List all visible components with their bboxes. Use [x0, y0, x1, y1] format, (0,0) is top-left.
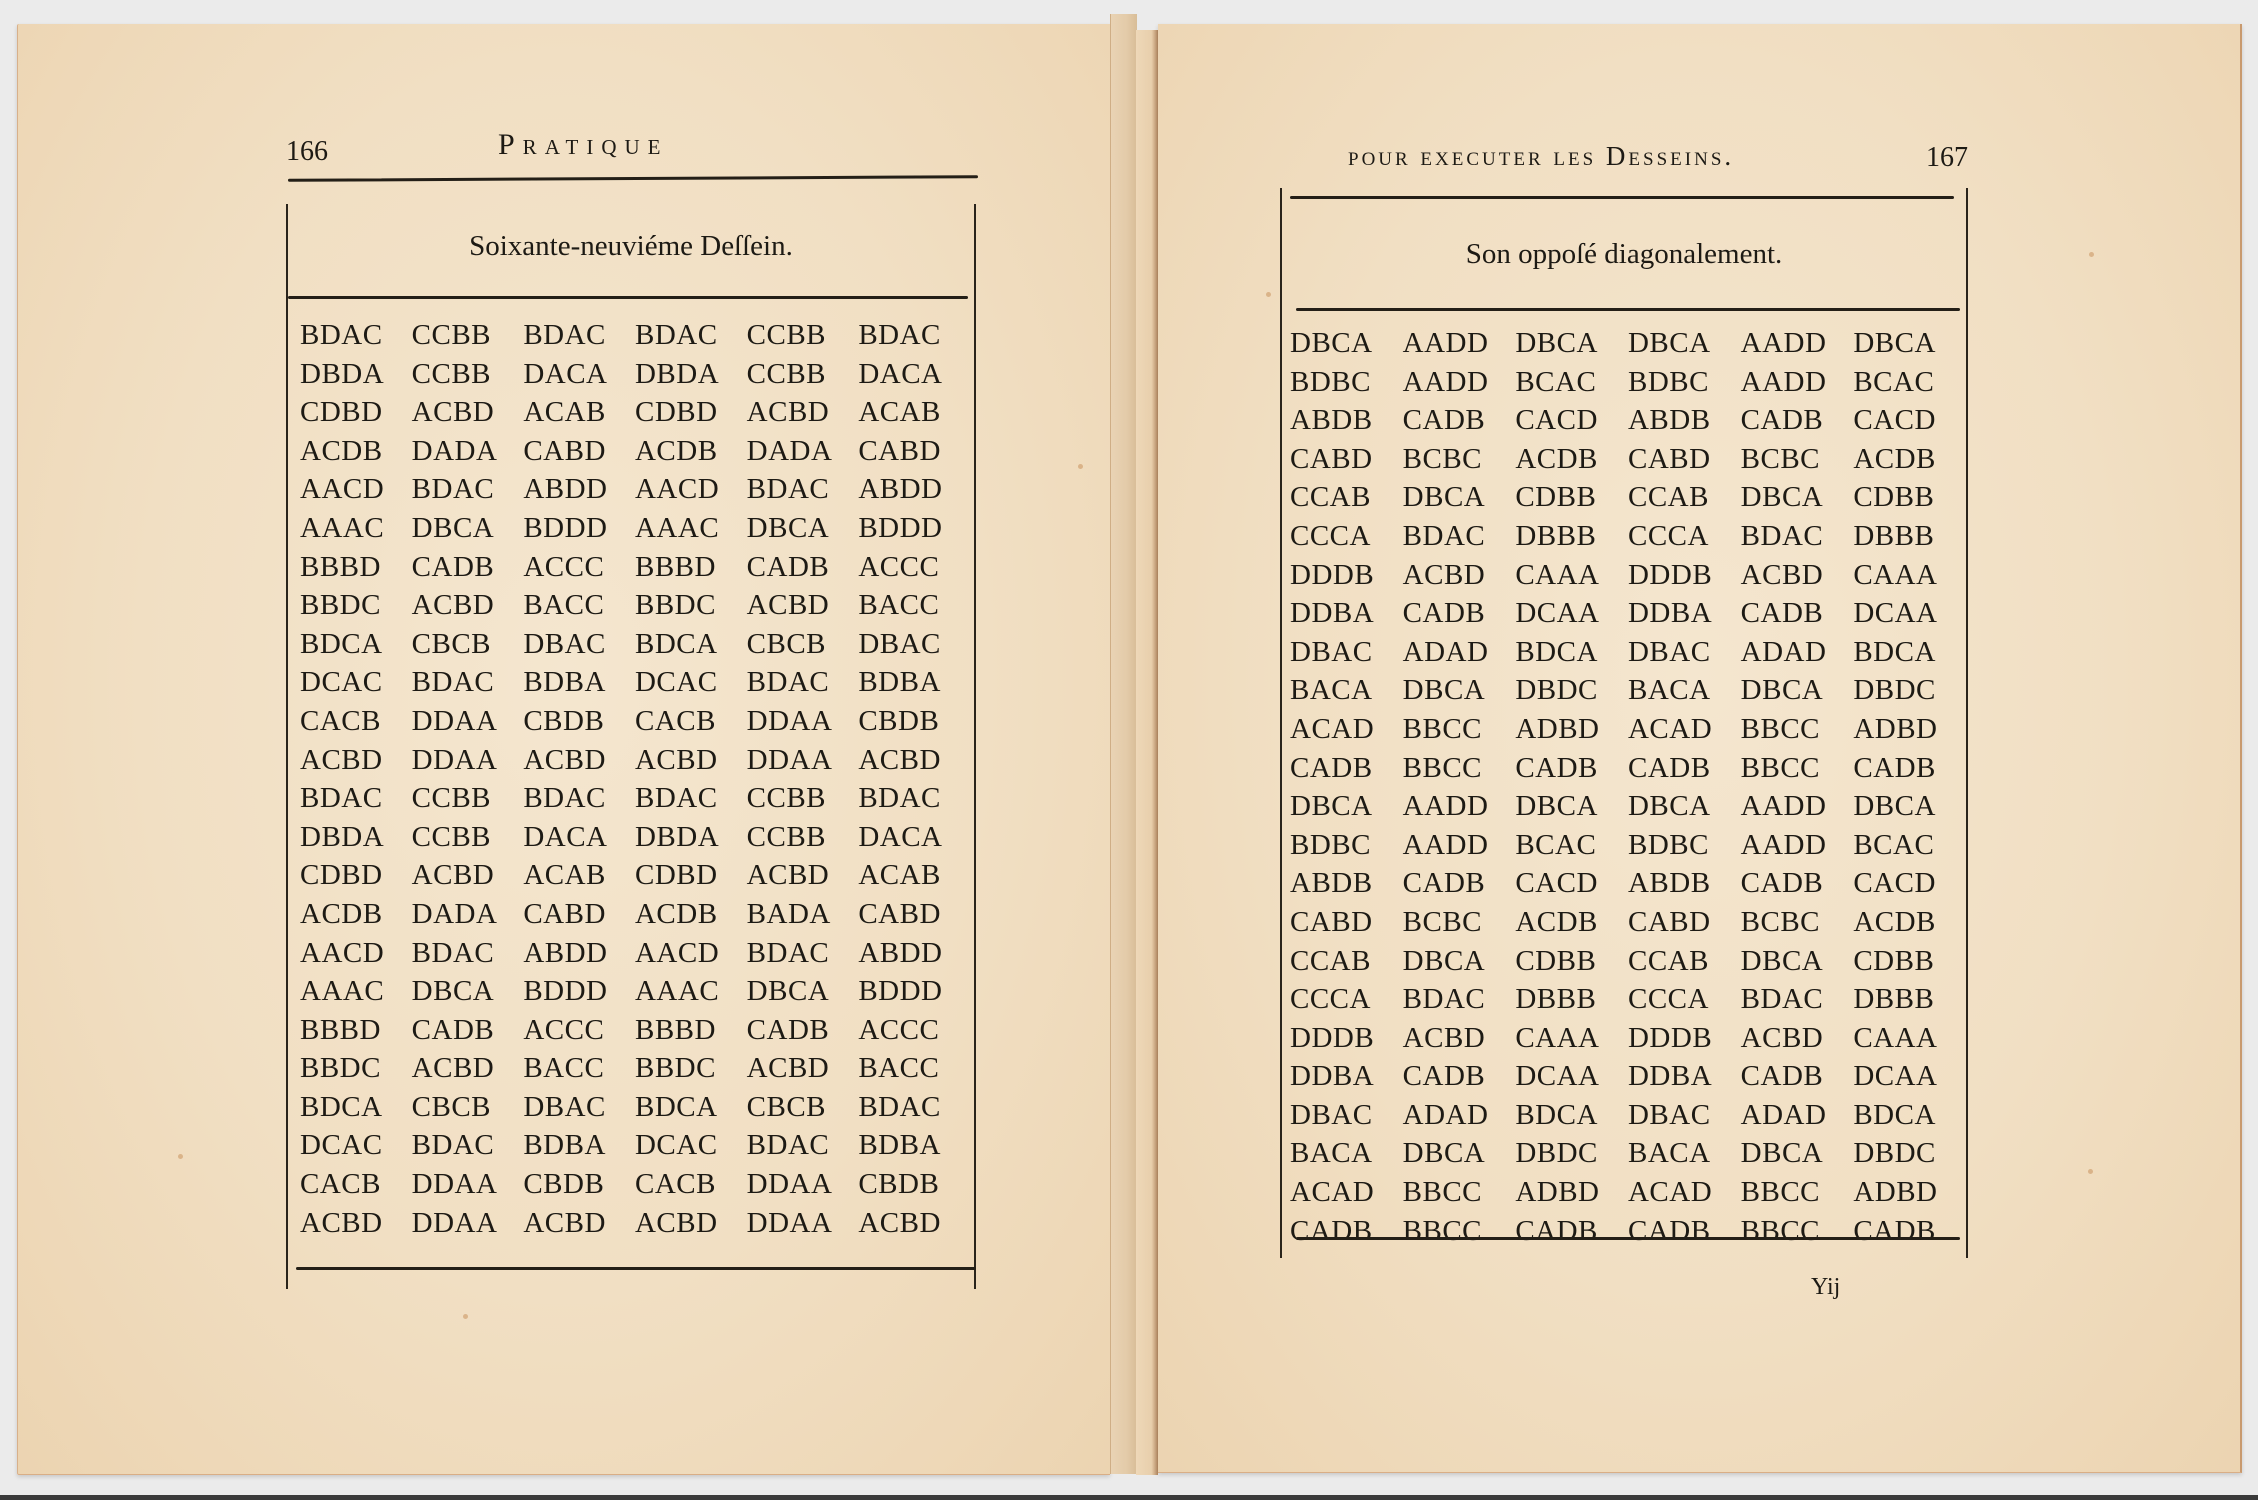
pattern-table: Son oppoſé diagonalement. DBCAAADDDBCADB… — [1280, 188, 1968, 1258]
table-cell: BDBA — [858, 663, 970, 702]
table-cell: BDDD — [858, 509, 970, 548]
table-cell: ACBD — [747, 856, 859, 895]
table-cell: BDDD — [523, 509, 635, 548]
table-cell: AADD — [1403, 363, 1516, 402]
gutter — [1136, 30, 1158, 1475]
table-cell: ADBD — [1515, 1173, 1628, 1212]
table-cell: DACA — [858, 355, 970, 394]
table-cell: BDBC — [1628, 363, 1741, 402]
table-cell: BBDC — [300, 1049, 412, 1088]
table-cell: CADB — [1515, 1212, 1628, 1251]
table-cell: BDAC — [858, 316, 970, 355]
table-cell: BDCA — [1853, 633, 1966, 672]
table-cell: CACB — [300, 1165, 412, 1204]
table-cell: DBBB — [1853, 517, 1966, 556]
signature-mark: Yij — [1811, 1274, 1840, 1301]
table-cell: CADB — [412, 548, 524, 587]
table-cell: DCAA — [1515, 1057, 1628, 1096]
table-cell: AADD — [1741, 363, 1854, 402]
caption-rule — [288, 296, 968, 299]
table-cell: ACAB — [858, 856, 970, 895]
table-cell: BDCA — [1515, 1096, 1628, 1135]
table-cell: DBCA — [1515, 324, 1628, 363]
table-cell: CDBB — [1853, 942, 1966, 981]
table-cell: DDBA — [1628, 1057, 1741, 1096]
table-cell: BBCC — [1741, 749, 1854, 788]
table-cell: ABDD — [523, 934, 635, 973]
table-cell: DBCA — [1853, 787, 1966, 826]
table-cell: CCAB — [1628, 942, 1741, 981]
table-cell: BDAC — [523, 779, 635, 818]
table-cell: ACCC — [858, 548, 970, 587]
table-cell: CACB — [300, 702, 412, 741]
table-cell: DBDC — [1515, 671, 1628, 710]
table-cell: DCAC — [300, 663, 412, 702]
top-rule — [288, 175, 978, 182]
table-cell: CCCA — [1628, 980, 1741, 1019]
table-cell: CADB — [1290, 749, 1403, 788]
pattern-grid: DBCAAADDDBCADBCAAADDDBCABDBCAADDBCACBDBC… — [1290, 324, 1966, 1250]
table-cell: CAAA — [1515, 1019, 1628, 1058]
table-cell: BDBC — [1290, 363, 1403, 402]
table-cell: DBCA — [1741, 671, 1854, 710]
table-cell: ABDB — [1290, 401, 1403, 440]
table-cell: DBCA — [1628, 787, 1741, 826]
table-cell: CBDB — [523, 702, 635, 741]
table-cell: DDBA — [1290, 1057, 1403, 1096]
table-cell: DBCA — [1403, 1134, 1516, 1173]
table-cell: CCBB — [412, 316, 524, 355]
table-cell: BDAC — [1741, 980, 1854, 1019]
table-cell: ACDB — [635, 895, 747, 934]
table-cell: CABD — [1290, 903, 1403, 942]
table-cell: CDBD — [635, 393, 747, 432]
table-cell: BDCA — [635, 1088, 747, 1127]
table-cell: BDDD — [523, 972, 635, 1011]
table-cell: ACBD — [1403, 556, 1516, 595]
table-cell: BDAC — [747, 934, 859, 973]
table-cell: DBDC — [1515, 1134, 1628, 1173]
table-cell: BDBA — [858, 1126, 970, 1165]
bottom-rule — [1296, 1237, 1960, 1240]
table-cell: BBDC — [635, 586, 747, 625]
table-cell: DBCA — [1403, 942, 1516, 981]
table-cell: BBBD — [635, 1011, 747, 1050]
table-cell: BDAC — [635, 316, 747, 355]
table-cell: CCBB — [747, 779, 859, 818]
table-cell: ACDB — [300, 432, 412, 471]
table-cell: CADB — [1290, 1212, 1403, 1251]
table-cell: DDAA — [412, 741, 524, 780]
table-cell: DBCA — [1853, 324, 1966, 363]
left-page: 166 Pratique Soixante-neuviéme Deſſein. … — [17, 24, 1110, 1475]
table-cell: ACDB — [1515, 903, 1628, 942]
table-cell: BBCC — [1741, 710, 1854, 749]
table-cell: CBDB — [523, 1165, 635, 1204]
table-cell: CCBB — [412, 355, 524, 394]
table-cell: BDAC — [858, 1088, 970, 1127]
table-cell: BBCC — [1403, 749, 1516, 788]
table-cell: AACD — [300, 470, 412, 509]
table-cell: CDBB — [1515, 478, 1628, 517]
table-cell: ACBD — [858, 1204, 970, 1243]
table-cell: CCCA — [1290, 517, 1403, 556]
table-cell: CADB — [747, 548, 859, 587]
table-cell: BACC — [858, 1049, 970, 1088]
table-cell: DADA — [412, 432, 524, 471]
table-cell: BDAC — [412, 470, 524, 509]
table-cell: DBDC — [1853, 671, 1966, 710]
table-cell: DACA — [858, 818, 970, 857]
table-cell: BCBC — [1741, 903, 1854, 942]
table-cell: AADD — [1741, 787, 1854, 826]
foxing-spot — [463, 1314, 468, 1319]
table-cell: AAAC — [300, 972, 412, 1011]
table-cell: BDAC — [635, 779, 747, 818]
foxing-spot — [178, 1154, 183, 1159]
table-cell: DBAC — [1290, 1096, 1403, 1135]
table-cell: ACAD — [1628, 710, 1741, 749]
table-cell: DBCA — [1628, 324, 1741, 363]
table-cell: CCBB — [747, 355, 859, 394]
table-cell: ACBD — [635, 741, 747, 780]
table-cell: DCAA — [1515, 594, 1628, 633]
table-cell: BDBA — [523, 1126, 635, 1165]
table-cell: BCAC — [1853, 363, 1966, 402]
table-cell: BDCA — [1853, 1096, 1966, 1135]
table-cell: BBBD — [300, 548, 412, 587]
table-cell: BDBC — [1628, 826, 1741, 865]
table-cell: CADB — [1853, 1212, 1966, 1251]
table-cell: CDBB — [1515, 942, 1628, 981]
table-cell: BDCA — [300, 625, 412, 664]
caption-rule — [1296, 308, 1960, 311]
table-cell: AAAC — [635, 509, 747, 548]
table-cell: DCAC — [635, 1126, 747, 1165]
table-cell: DADA — [747, 432, 859, 471]
table-cell: DBCA — [412, 972, 524, 1011]
table-cell: CADB — [1853, 749, 1966, 788]
table-cell: CADB — [1741, 594, 1854, 633]
table-cell: ACAD — [1628, 1173, 1741, 1212]
table-cell: AAAC — [300, 509, 412, 548]
table-cell: ACBD — [747, 393, 859, 432]
table-cell: ACAB — [858, 393, 970, 432]
table-cell: DDAA — [747, 741, 859, 780]
table-cell: BDAC — [1403, 517, 1516, 556]
table-cell: DBCA — [1403, 478, 1516, 517]
table-cell: CABD — [858, 432, 970, 471]
table-cell: AACD — [300, 934, 412, 973]
table-cell: CBCB — [412, 1088, 524, 1127]
table-cell: DBAC — [523, 1088, 635, 1127]
table-cell: ACAD — [1290, 1173, 1403, 1212]
table-cell: BDAC — [412, 1126, 524, 1165]
table-cell: CCBB — [412, 818, 524, 857]
table-cell: CABD — [1290, 440, 1403, 479]
table-cell: BACA — [1628, 1134, 1741, 1173]
table-cell: BCBC — [1403, 903, 1516, 942]
table-cell: ABDD — [523, 470, 635, 509]
table-cell: DDDB — [1290, 556, 1403, 595]
table-cell: CADB — [1741, 1057, 1854, 1096]
table-cell: DBAC — [1628, 633, 1741, 672]
table-cell: CDBD — [300, 393, 412, 432]
table-cell: DACA — [523, 818, 635, 857]
table-cell: DBCA — [1741, 942, 1854, 981]
table-cell: BBCC — [1403, 1212, 1516, 1251]
table-cell: BCBC — [1403, 440, 1516, 479]
table-cell: BBCC — [1741, 1173, 1854, 1212]
table-cell: ACBD — [1741, 1019, 1854, 1058]
table-cell: ACDB — [300, 895, 412, 934]
table-cell: CDBD — [300, 856, 412, 895]
table-cell: BDAC — [523, 316, 635, 355]
table-cell: CDBB — [1853, 478, 1966, 517]
table-cell: BDAC — [300, 779, 412, 818]
table-cell: CADB — [1741, 401, 1854, 440]
table-cell: BCBC — [1741, 440, 1854, 479]
table-cell: BBCC — [1403, 710, 1516, 749]
table-cell: BCAC — [1515, 826, 1628, 865]
table-cell: BDAC — [747, 470, 859, 509]
table-cell: ACBD — [1403, 1019, 1516, 1058]
table-cell: DDAA — [747, 1204, 859, 1243]
table-cell: BBBD — [300, 1011, 412, 1050]
table-cell: BCAC — [1853, 826, 1966, 865]
table-cell: DCAC — [635, 663, 747, 702]
table-cell: ACBD — [412, 856, 524, 895]
table-cell: DBCA — [1290, 324, 1403, 363]
table-cell: CCBB — [747, 316, 859, 355]
table-cell: ACBD — [635, 1204, 747, 1243]
table-cell: BBDC — [635, 1049, 747, 1088]
table-cell: DBAC — [1628, 1096, 1741, 1135]
running-head: pour executer les Desseins. — [1348, 141, 1734, 172]
table-cell: ACBD — [1741, 556, 1854, 595]
table-cell: ACBD — [412, 586, 524, 625]
table-cell: DBCA — [1515, 787, 1628, 826]
right-page: pour executer les Desseins. 167 Son oppo… — [1158, 24, 2242, 1473]
table-cell: CBCB — [747, 1088, 859, 1127]
table-cell: BDAC — [747, 1126, 859, 1165]
table-cell: AADD — [1403, 826, 1516, 865]
table-cell: DACA — [523, 355, 635, 394]
table-cell: DBCA — [1403, 671, 1516, 710]
table-cell: DDAA — [747, 1165, 859, 1204]
table-cell: DCAA — [1853, 594, 1966, 633]
table-cell: DDDB — [1628, 1019, 1741, 1058]
table-cell: DDDB — [1290, 1019, 1403, 1058]
table-cell: CACB — [635, 1165, 747, 1204]
table-cell: AADD — [1403, 324, 1516, 363]
table-cell: BACA — [1290, 671, 1403, 710]
table-cell: ACAD — [1290, 710, 1403, 749]
table-cell: ACBD — [523, 1204, 635, 1243]
table-cell: DDDB — [1628, 556, 1741, 595]
table-caption: Soixante-neuviéme Deſſein. — [288, 230, 974, 263]
table-cell: ACCC — [858, 1011, 970, 1050]
table-cell: BBDC — [300, 586, 412, 625]
table-cell: BACC — [858, 586, 970, 625]
table-cell: DBCA — [747, 509, 859, 548]
table-cell: DBAC — [1290, 633, 1403, 672]
table-cell: CBCB — [412, 625, 524, 664]
table-cell: DBCA — [412, 509, 524, 548]
table-cell: CADB — [1515, 749, 1628, 788]
table-cell: CADB — [1403, 864, 1516, 903]
table-cell: DBAC — [523, 625, 635, 664]
table-cell: CADB — [1628, 749, 1741, 788]
table-cell: DBCA — [747, 972, 859, 1011]
table-cell: DCAA — [1853, 1057, 1966, 1096]
table-cell: BDAC — [300, 316, 412, 355]
table-cell: CBDB — [858, 1165, 970, 1204]
table-cell: DBCA — [1290, 787, 1403, 826]
table-cell: BDAC — [412, 663, 524, 702]
table-cell: DBDA — [300, 818, 412, 857]
table-cell: ACBD — [858, 741, 970, 780]
binding-stub — [1110, 14, 1137, 1474]
table-cell: DBDA — [635, 355, 747, 394]
table-cell: DBDA — [300, 355, 412, 394]
table-cell: DDBA — [1290, 594, 1403, 633]
table-cell: CACD — [1853, 401, 1966, 440]
table-cell: ACDB — [1853, 903, 1966, 942]
table-cell: CCAB — [1628, 478, 1741, 517]
table-cell: BBCC — [1403, 1173, 1516, 1212]
table-cell: ADBD — [1853, 710, 1966, 749]
table-cell: CABD — [523, 895, 635, 934]
foxing-spot — [2088, 1169, 2093, 1174]
table-cell: CAAA — [1853, 556, 1966, 595]
table-cell: BDCA — [300, 1088, 412, 1127]
table-cell: BDBC — [1290, 826, 1403, 865]
table-cell: ACBD — [300, 741, 412, 780]
table-cell: CACD — [1515, 401, 1628, 440]
table-cell: BACA — [1628, 671, 1741, 710]
table-cell: ABDB — [1290, 864, 1403, 903]
running-head: Pratique — [498, 128, 669, 162]
table-cell: BDAC — [858, 779, 970, 818]
table-cell: BDAC — [1403, 980, 1516, 1019]
table-cell: CACD — [1853, 864, 1966, 903]
table-cell: ABDB — [1628, 864, 1741, 903]
table-cell: CCAB — [1290, 942, 1403, 981]
table-cell: ACBD — [300, 1204, 412, 1243]
table-cell: BCAC — [1515, 363, 1628, 402]
table-cell: ACCC — [523, 548, 635, 587]
table-cell: ADAD — [1403, 1096, 1516, 1135]
table-cell: CADB — [1628, 1212, 1741, 1251]
table-cell: ACBD — [747, 586, 859, 625]
foxing-spot — [1266, 292, 1271, 297]
table-cell: ABDD — [858, 934, 970, 973]
table-cell: ACDB — [1853, 440, 1966, 479]
table-cell: CCCA — [1628, 517, 1741, 556]
table-cell: BACC — [523, 586, 635, 625]
table-cell: BACC — [523, 1049, 635, 1088]
table-cell: AADD — [1403, 787, 1516, 826]
table-cell: ACDB — [1515, 440, 1628, 479]
table-cell: CBDB — [858, 702, 970, 741]
table-cell: ABDD — [858, 470, 970, 509]
table-cell: ADBD — [1515, 710, 1628, 749]
table-cell: CADB — [412, 1011, 524, 1050]
table-cell: BDAC — [747, 663, 859, 702]
table-cell: CBCB — [747, 625, 859, 664]
table-cell: DBDC — [1853, 1134, 1966, 1173]
table-cell: CDBD — [635, 856, 747, 895]
pattern-table: Soixante-neuviéme Deſſein. BDACCCBBBDACB… — [286, 204, 976, 1289]
bottom-rule — [296, 1267, 976, 1270]
table-cell: AACD — [635, 934, 747, 973]
table-cell: DDAA — [412, 1204, 524, 1243]
page-number: 167 — [1926, 142, 1968, 174]
table-cell: CABD — [1628, 440, 1741, 479]
table-cell: AACD — [635, 470, 747, 509]
table-cell: CACD — [1515, 864, 1628, 903]
table-cell: ACAB — [523, 393, 635, 432]
table-cell: DCAC — [300, 1126, 412, 1165]
table-cell: CAAA — [1515, 556, 1628, 595]
table-cell: DBBB — [1515, 517, 1628, 556]
table-cell: DDAA — [747, 702, 859, 741]
table-cell: ACBD — [523, 741, 635, 780]
table-cell: CCBB — [412, 779, 524, 818]
pattern-grid: BDACCCBBBDACBDACCCBBBDACDBDACCBBDACADBDA… — [300, 316, 970, 1242]
table-cell: DDAA — [412, 702, 524, 741]
table-cell: CACB — [635, 702, 747, 741]
table-cell: BBCC — [1741, 1212, 1854, 1251]
table-cell: DBDA — [635, 818, 747, 857]
table-cell: AADD — [1741, 324, 1854, 363]
table-cell: CABD — [1628, 903, 1741, 942]
table-cell: ACBD — [412, 1049, 524, 1088]
table-cell: DBAC — [858, 625, 970, 664]
bottom-strip — [0, 1495, 2258, 1500]
table-cell: DDBA — [1628, 594, 1741, 633]
table-cell: AADD — [1741, 826, 1854, 865]
foxing-spot — [2089, 252, 2094, 257]
table-cell: BADA — [747, 895, 859, 934]
table-cell: DBBB — [1853, 980, 1966, 1019]
page-number: 166 — [286, 136, 328, 168]
table-cell: BDAC — [412, 934, 524, 973]
table-cell: BDAC — [1741, 517, 1854, 556]
table-cell: ACBD — [747, 1049, 859, 1088]
table-cell: BBBD — [635, 548, 747, 587]
table-cell: DBBB — [1515, 980, 1628, 1019]
table-cell: CCAB — [1290, 478, 1403, 517]
table-cell: DBCA — [1741, 478, 1854, 517]
table-cell: DDAA — [412, 1165, 524, 1204]
table-cell: BDCA — [1515, 633, 1628, 672]
table-cell: BACA — [1290, 1134, 1403, 1173]
table-cell: ACDB — [635, 432, 747, 471]
table-cell: ADAD — [1403, 633, 1516, 672]
table-cell: BDBA — [523, 663, 635, 702]
table-cell: ACAB — [523, 856, 635, 895]
table-cell: DADA — [412, 895, 524, 934]
table-cell: ABDB — [1628, 401, 1741, 440]
table-cell: CABD — [523, 432, 635, 471]
table-cell: ACCC — [523, 1011, 635, 1050]
table-cell: CAAA — [1853, 1019, 1966, 1058]
table-cell: CCCA — [1290, 980, 1403, 1019]
table-cell: CADB — [1403, 594, 1516, 633]
table-cell: CADB — [1403, 1057, 1516, 1096]
